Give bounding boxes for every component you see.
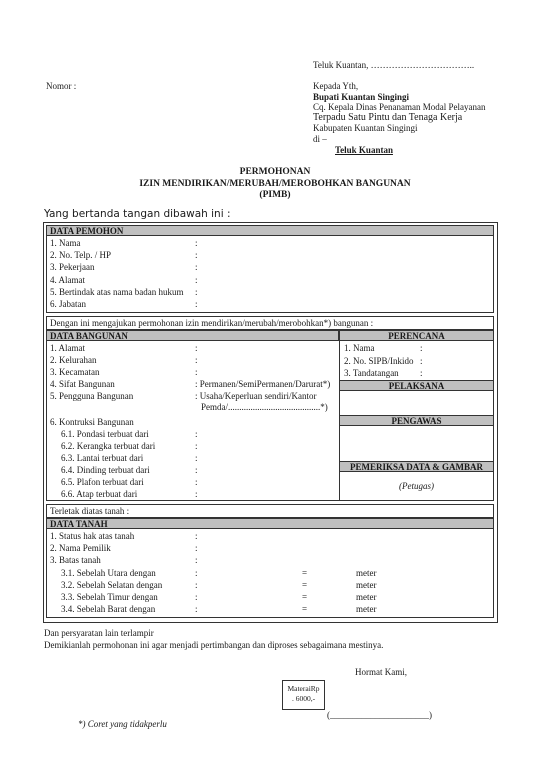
field-value[interactable]: : [195,591,198,603]
field-value[interactable]: : [195,354,198,366]
field-label: 2. No. SIPB/Inkido [344,355,414,367]
pemeriksa-note: (Petugas) [340,481,493,491]
stamp-line-1: MateraiRp [283,684,324,694]
field-label: 3.1. Sebelah Utara dengan [50,567,156,579]
statement-row: Dengan ini mengajukan permohonan izin me… [46,316,494,330]
field-label: 2. No. Telp. / HP [50,249,111,261]
address-block: Kepada Yth, Bupati Kuantan Singingi Cq. … [313,81,485,155]
field-label: 6. Jabatan [50,298,86,310]
regency: Kabupaten Kuantan Singingi [313,123,485,134]
field-label: 2. Nama Pemilik [50,542,111,554]
title-line-2: IZIN MENDIRIKAN/MERUBAH/MEROBOHKAN BANGU… [0,179,550,191]
pelaksana-header: PELAKSANA [340,380,493,391]
field-label: 3. Pekerjaan [50,261,94,273]
section-data-tanah: DATA TANAH 1. Status hak atas tanah:2. N… [46,518,494,618]
pengawas-header: PENGAWAS [340,415,493,426]
equals-sign: = [302,591,307,603]
field-value[interactable]: : [195,298,198,310]
field-label: 4. Sifat Bangunan [50,378,115,390]
field-label: 6.5. Plafon terbuat dari [50,476,144,488]
field-label: 6.2. Kerangka terbuat dari [50,440,155,452]
field-label: 3.4. Sebelah Barat dengan [50,603,155,615]
unit-label: meter [356,567,377,579]
field-label: 1. Nama [344,342,375,354]
recipient: Bupati Kuantan Singingi [313,92,485,103]
terletak-row: Terletak diatas tanah : [46,504,494,518]
field-value[interactable]: : [195,542,198,554]
field-value[interactable]: : [195,342,198,354]
destination: Teluk Kuantan [313,145,485,156]
unit-label: meter [356,579,377,591]
field-value[interactable]: : [195,440,198,452]
field-value-continued: Pemda/..................................… [201,401,328,413]
equals-sign: = [302,603,307,615]
bangunan-header: DATA BANGUNAN [47,331,339,341]
nomor-label: Nomor : [46,81,76,91]
field-value[interactable]: : [195,567,198,579]
field-value[interactable]: : [195,237,198,249]
pemeriksa-header: PEMERIKSA DATA & GAMBAR [340,461,493,472]
field-label: 3. Tandatangan [344,367,399,379]
di-label: di – [313,134,485,145]
attachments-note: Dan persyaratan lain terlampir [44,628,154,638]
field-value[interactable]: : Permanen/SemiPermanen/Darurat*) [195,378,330,390]
field-value[interactable]: : [195,476,198,488]
materai-stamp-box: MateraiRp . 6000,- [282,680,325,710]
document-title: PERMOHONAN IZIN MENDIRIKAN/MERUBAH/MEROB… [0,167,550,202]
field-value[interactable]: : [195,530,198,542]
field-label: 3.2. Sebelah Selatan dengan [50,579,162,591]
field-label: 3. Batas tanah [50,554,101,566]
field-value[interactable]: : [195,366,198,378]
signature-line: (______________________) [327,710,432,720]
field-value[interactable]: : [420,367,423,379]
field-label: 4. Alamat [50,274,85,286]
field-value[interactable]: : [420,342,423,354]
tanah-header: DATA TANAH [47,519,493,529]
intro-text: Yang bertanda tangan dibawah ini : [44,208,231,220]
perencana-header: PERENCANA [340,331,493,341]
section-data-bangunan: DATA BANGUNAN PERENCANA PELAKSANA PENGAW… [46,330,494,501]
field-label: 2. Kelurahan [50,354,96,366]
field-value[interactable]: : [195,464,198,476]
field-value[interactable]: : [195,286,198,298]
field-value[interactable]: : [195,554,198,566]
footnote: *) Coret yang tidakperlu [78,719,167,729]
statement-text: Dengan ini mengajukan permohonan izin me… [50,317,373,329]
field-label: 1. Status hak atas tanah [50,530,134,542]
equals-sign: = [302,567,307,579]
field-value[interactable]: : [195,249,198,261]
place-date: Teluk Kuantan, …………………………….. [313,60,474,70]
field-label: 1. Alamat [50,342,85,354]
field-label: 3.3. Sebelah Timur dengan [50,591,158,603]
unit-label: meter [356,603,377,615]
field-value[interactable]: : [195,488,198,500]
field-value[interactable]: : [420,355,423,367]
greeting: Kepada Yth, [313,81,485,92]
equals-sign: = [302,579,307,591]
field-value[interactable]: : [195,452,198,464]
title-line-3: (PIMB) [0,190,550,202]
field-label: 6.3. Lantai terbuat dari [50,452,143,464]
unit-label: meter [356,591,377,603]
recipient-office: Terpadu Satu Pintu dan Tenaga Kerja [313,113,485,124]
field-label: 5. Pengguna Bangunan [50,390,133,402]
field-value[interactable]: : [195,579,198,591]
section-data-pemohon: DATA PEMOHON 1. Nama:2. No. Telp. / HP:3… [46,225,494,313]
title-line-1: PERMOHONAN [0,167,550,179]
field-value[interactable]: : [195,428,198,440]
stamp-line-2: . 6000,- [283,694,324,704]
field-value[interactable]: : [195,603,198,615]
closing-statement: Demikianlah permohonan ini agar menjadi … [44,640,383,650]
pemohon-header: DATA PEMOHON [47,226,493,236]
field-label: 3. Kecamatan [50,366,99,378]
regards: Hormat Kami, [355,667,407,677]
field-label: 5. Bertindak atas nama badan hukum [50,286,183,298]
field-label: 1. Nama [50,237,81,249]
field-value[interactable]: : [195,261,198,273]
field-label: 6.4. Dinding terbuat dari [50,464,150,476]
terletak-text: Terletak diatas tanah : [50,505,129,517]
field-label: 6.6. Atap terbuat dari [50,488,137,500]
field-label: 6.1. Pondasi terbuat dari [50,428,149,440]
field-label: 6. Kontruksi Bangunan [50,416,134,428]
field-value[interactable]: : [195,274,198,286]
